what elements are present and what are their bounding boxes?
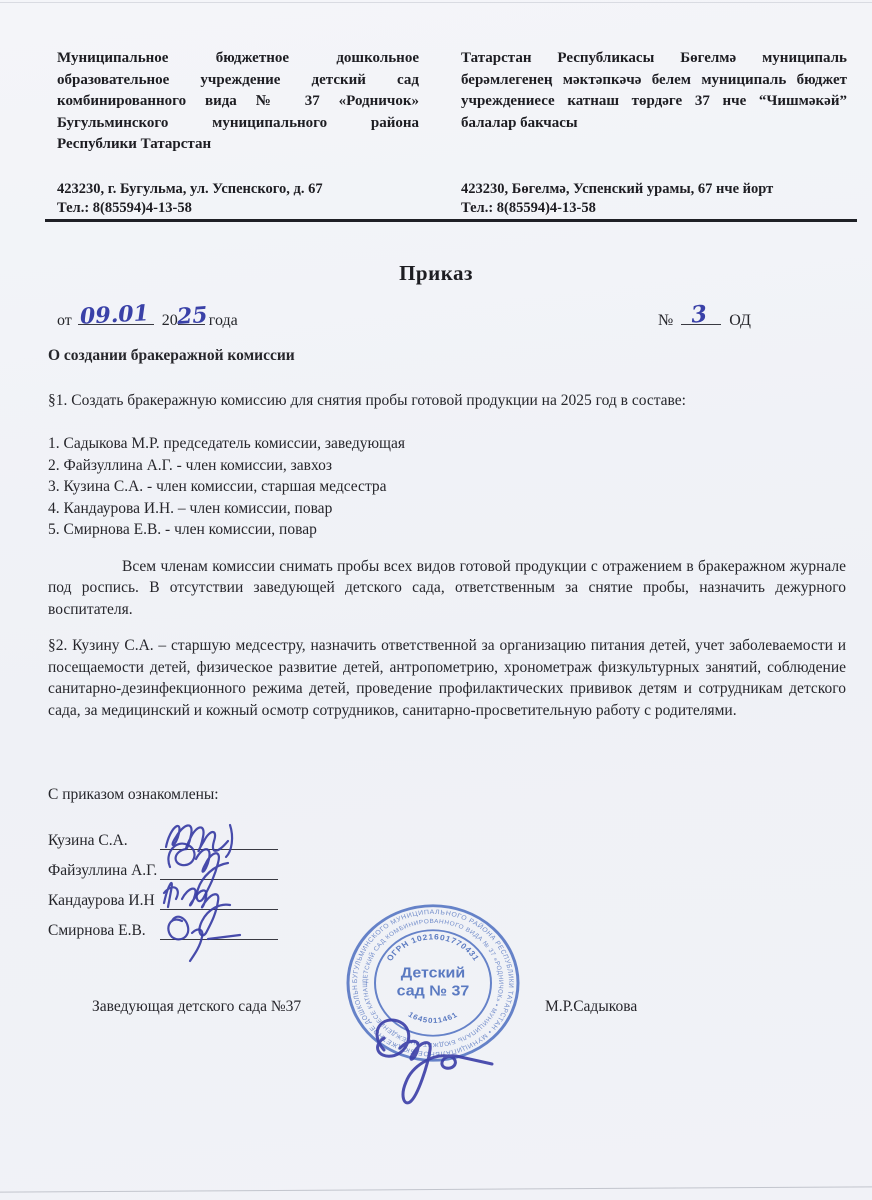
address-russian: 423230, г. Бугульма, ул. Успенского, д. … xyxy=(57,180,419,199)
signatory-name: Кандаурова И.Н xyxy=(48,892,160,910)
scanned-order-document: Муниципальное бюджетное дошкольное образ… xyxy=(0,0,872,1200)
letterhead-addresses: 423230, г. Бугульма, ул. Успенского, д. … xyxy=(57,180,847,218)
commission-members-list: 1. Садыкова М.Р. председатель комиссии, … xyxy=(48,433,846,541)
director-name: М.Р.Садыкова xyxy=(545,998,637,1016)
number-suffix: ОД xyxy=(729,312,751,329)
director-position: Заведующая детского сада №37 xyxy=(92,998,301,1016)
year-prefix: 20 xyxy=(162,312,178,329)
signatory-name: Файзуллина А.Г. xyxy=(48,862,160,880)
signatory-name: Смирнова Е.В. xyxy=(48,922,160,940)
number-prefix: № xyxy=(658,312,673,329)
date-underline: 09.01 xyxy=(78,306,154,325)
commission-member: 2. Файзуллина А.Г. - член комиссии, завх… xyxy=(48,455,846,477)
section2-body: §2. Кузину С.А. – старшую медсестру, наз… xyxy=(48,635,846,721)
signature-line xyxy=(160,910,278,940)
document-title: Приказ xyxy=(0,261,872,286)
number-underline: 3 xyxy=(681,306,721,325)
acknowledgment-heading: С приказом ознакомлены: xyxy=(48,786,278,804)
section1-intro: §1. Создать бракеражную комиссию для сня… xyxy=(48,390,846,412)
date-prefix: от xyxy=(57,312,72,329)
handwritten-year: 25 xyxy=(176,302,208,330)
org-name-tatar: Татарстан Республикасы Бөгелмә муниципал… xyxy=(461,48,847,156)
address-block-left: 423230, г. Бугульма, ул. Успенского, д. … xyxy=(57,180,419,218)
stamp-center-line2: сад № 37 xyxy=(397,983,470,999)
acknowledgment-block: С приказом ознакомлены: Кузина С.А. Файз… xyxy=(48,786,278,940)
address-tatar: 423230, Бөгелмә, Успенский урамы, 67 нче… xyxy=(461,180,847,199)
handwritten-number: 3 xyxy=(690,300,709,329)
scan-edge-bottom xyxy=(0,1186,872,1192)
number-line: №3ОД xyxy=(658,306,751,330)
signatory-name: Кузина С.А. xyxy=(48,832,160,850)
letterhead-divider xyxy=(45,219,857,222)
scan-edge-top xyxy=(0,2,872,3)
address-block-right: 423230, Бөгелмә, Успенский урамы, 67 нче… xyxy=(461,180,847,218)
stamp-center-line1: Детский xyxy=(401,965,465,981)
commission-member: 3. Кузина С.А. - член комиссии, старшая … xyxy=(48,476,846,498)
commission-member: 4. Кандаурова И.Н. – член комиссии, пова… xyxy=(48,498,846,520)
smirnova-signature xyxy=(156,899,278,951)
commission-member: 5. Смирнова Е.В. - член комиссии, повар xyxy=(48,519,846,541)
order-body: §1. Создать бракеражную комиссию для сня… xyxy=(48,390,846,721)
letterhead: Муниципальное бюджетное дошкольное образ… xyxy=(57,48,847,156)
acknowledgment-row: Смирнова Е.В. xyxy=(48,910,278,940)
handwritten-date: 09.01 xyxy=(79,300,149,330)
phone-russian: Тел.: 8(85594)4-13-58 xyxy=(57,199,419,218)
stamp-ogrn-text: ОГРН 1021601770431 xyxy=(385,933,481,963)
director-signature xyxy=(348,1006,508,1106)
phone-tatar: Тел.: 8(85594)4-13-58 xyxy=(461,199,847,218)
date-suffix: года xyxy=(209,312,238,329)
order-subject: О создании бракеражной комиссии xyxy=(48,347,295,365)
section1-body: Всем членам комиссии снимать пробы всех … xyxy=(48,556,846,621)
commission-member: 1. Садыкова М.Р. председатель комиссии, … xyxy=(48,433,846,455)
year-underline: 25 xyxy=(178,306,205,325)
date-line: от09.012025 года xyxy=(57,306,238,330)
org-name-russian: Муниципальное бюджетное дошкольное образ… xyxy=(57,48,419,156)
